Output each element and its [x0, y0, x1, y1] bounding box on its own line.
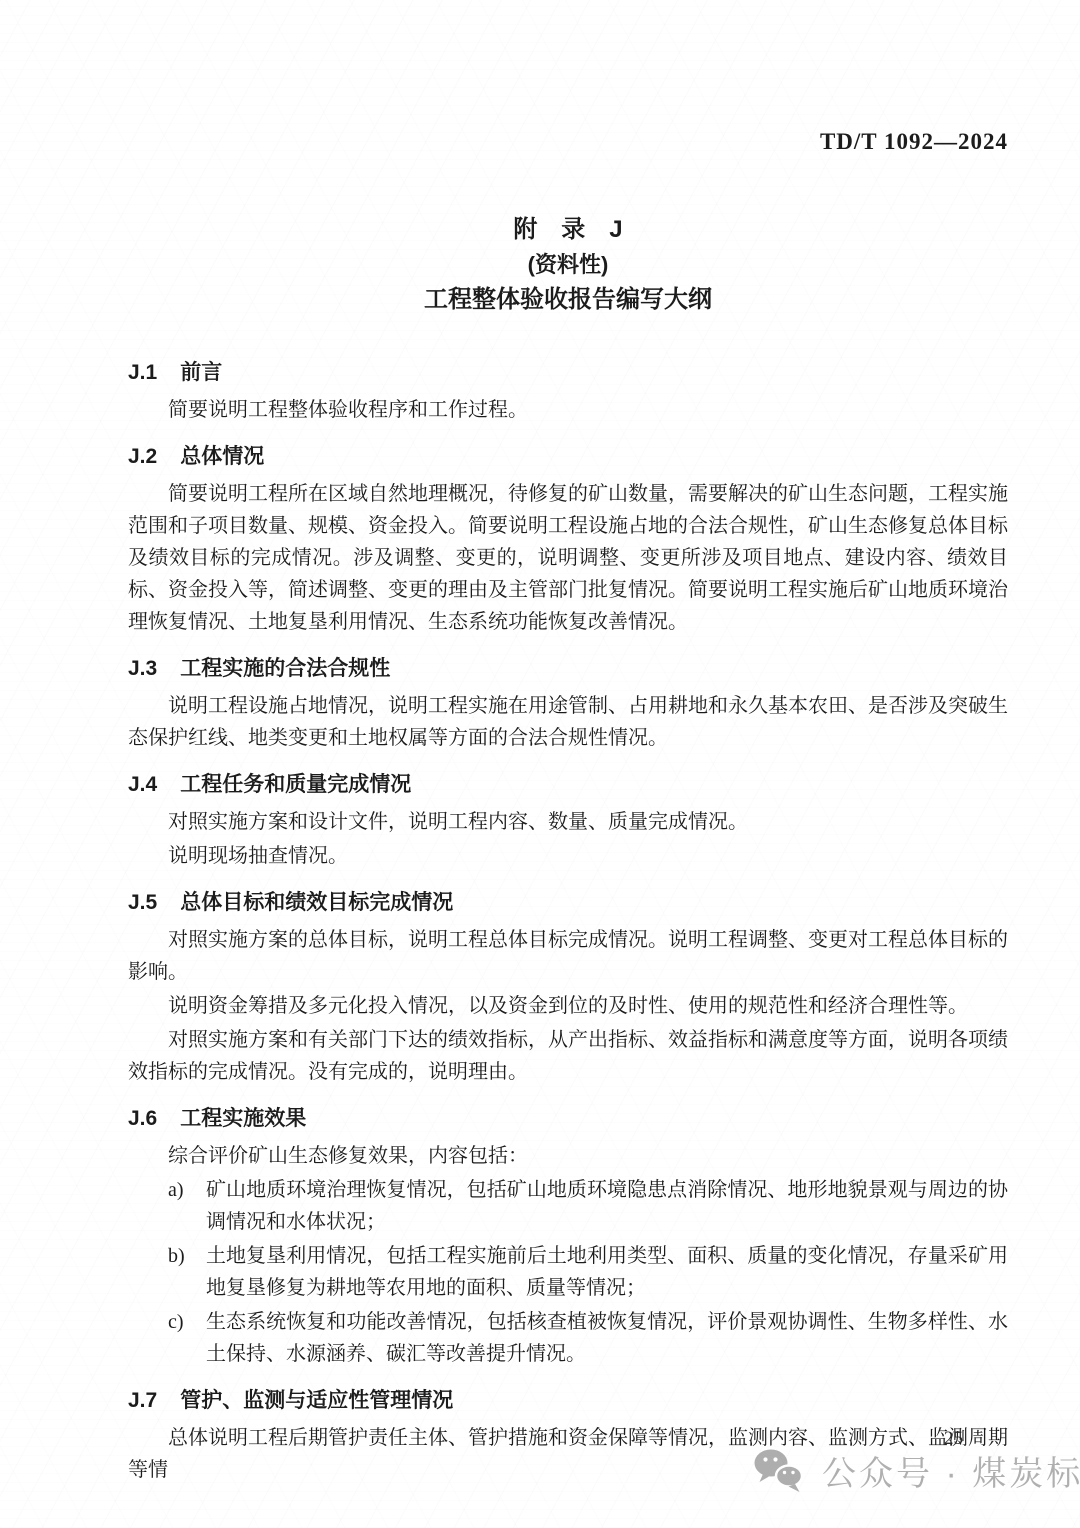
- paragraph: 对照实施方案的总体目标，说明工程总体目标完成情况。说明工程调整、变更对工程总体目…: [128, 924, 1008, 988]
- section-id: J.1: [128, 361, 157, 384]
- section-id: J.2: [128, 445, 157, 468]
- appendix-heading: 工程整体验收报告编写大纲: [128, 282, 1008, 318]
- watermark: 公众号 · 煤炭标准: [752, 1446, 1080, 1495]
- section-j3: J.3工程实施的合法合规性 说明工程设施占地情况，说明工程实施在用途管制、占用耕…: [128, 656, 1008, 754]
- section-heading: J.7管护、监测与适应性管理情况: [128, 1388, 1008, 1414]
- section-title: 总体目标和绩效目标完成情况: [180, 891, 453, 914]
- paragraph: 简要说明工程整体验收程序和工作过程。: [128, 394, 1008, 426]
- section-id: J.4: [128, 773, 157, 796]
- list-text: 矿山地质环境治理恢复情况，包括矿山地质环境隐患点消除情况、地形地貌景观与周边的协…: [206, 1179, 1008, 1233]
- paragraph: 对照实施方案和设计文件，说明工程内容、数量、质量完成情况。: [128, 806, 1008, 838]
- section-title: 管护、监测与适应性管理情况: [180, 1389, 453, 1412]
- section-j4: J.4工程任务和质量完成情况 对照实施方案和设计文件，说明工程内容、数量、质量完…: [128, 772, 1008, 872]
- section-title: 总体情况: [180, 445, 264, 468]
- paragraph: 说明资金筹措及多元化投入情况，以及资金到位的及时性、使用的规范性和经济合理性等。: [128, 990, 1008, 1022]
- list-item-b: b)土地复垦利用情况，包括工程实施前后土地利用类型、面积、质量的变化情况，存量采…: [128, 1240, 1008, 1304]
- wechat-icon: [752, 1448, 806, 1494]
- section-title: 工程任务和质量完成情况: [180, 773, 411, 796]
- section-j2: J.2总体情况 简要说明工程所在区域自然地理概况，待修复的矿山数量，需要解决的矿…: [128, 444, 1008, 638]
- list-item-a: a)矿山地质环境治理恢复情况，包括矿山地质环境隐患点消除情况、地形地貌景观与周边…: [128, 1174, 1008, 1238]
- list-marker: c): [168, 1306, 184, 1338]
- section-heading: J.2总体情况: [128, 444, 1008, 470]
- section-heading: J.5总体目标和绩效目标完成情况: [128, 890, 1008, 916]
- section-title: 前言: [180, 361, 222, 384]
- section-id: J.5: [128, 891, 157, 914]
- paragraph: 简要说明工程所在区域自然地理概况，待修复的矿山数量，需要解决的矿山生态问题，工程…: [128, 478, 1008, 638]
- appendix-type: (资料性): [128, 248, 1008, 282]
- section-id: J.7: [128, 1389, 157, 1412]
- appendix-title-block: 附 录 J (资料性) 工程整体验收报告编写大纲: [128, 212, 1008, 318]
- paragraph: 综合评价矿山生态修复效果，内容包括：: [128, 1140, 1008, 1172]
- section-title: 工程实施的合法合规性: [180, 657, 390, 680]
- section-id: J.3: [128, 657, 157, 680]
- list-text: 土地复垦利用情况，包括工程实施前后土地利用类型、面积、质量的变化情况，存量采矿用…: [206, 1245, 1008, 1299]
- section-title: 工程实施效果: [180, 1107, 306, 1130]
- section-heading: J.6工程实施效果: [128, 1106, 1008, 1132]
- standard-number: TD/T 1092—2024: [128, 0, 1008, 156]
- list-item-c: c)生态系统恢复和功能改善情况，包括核查植被恢复情况，评价景观协调性、生物多样性…: [128, 1306, 1008, 1370]
- paragraph: 说明现场抽查情况。: [128, 840, 1008, 872]
- list-marker: a): [168, 1174, 184, 1206]
- section-j6: J.6工程实施效果 综合评价矿山生态修复效果，内容包括： a)矿山地质环境治理恢…: [128, 1106, 1008, 1370]
- watermark-text: 公众号 · 煤炭标准: [822, 1446, 1080, 1495]
- section-heading: J.1前言: [128, 360, 1008, 386]
- document-page: TD/T 1092—2024 附 录 J (资料性) 工程整体验收报告编写大纲 …: [0, 0, 1080, 1486]
- section-j5: J.5总体目标和绩效目标完成情况 对照实施方案的总体目标，说明工程总体目标完成情…: [128, 890, 1008, 1088]
- paragraph: 说明工程设施占地情况，说明工程实施在用途管制、占用耕地和永久基本农田、是否涉及突…: [128, 690, 1008, 754]
- list-marker: b): [168, 1240, 185, 1272]
- section-heading: J.4工程任务和质量完成情况: [128, 772, 1008, 798]
- section-heading: J.3工程实施的合法合规性: [128, 656, 1008, 682]
- paragraph: 对照实施方案和有关部门下达的绩效指标，从产出指标、效益指标和满意度等方面，说明各…: [128, 1024, 1008, 1088]
- section-j1: J.1前言 简要说明工程整体验收程序和工作过程。: [128, 360, 1008, 426]
- section-id: J.6: [128, 1107, 157, 1130]
- list-text: 生态系统恢复和功能改善情况，包括核查植被恢复情况，评价景观协调性、生物多样性、水…: [206, 1311, 1008, 1365]
- appendix-label: 附 录 J: [128, 212, 1008, 248]
